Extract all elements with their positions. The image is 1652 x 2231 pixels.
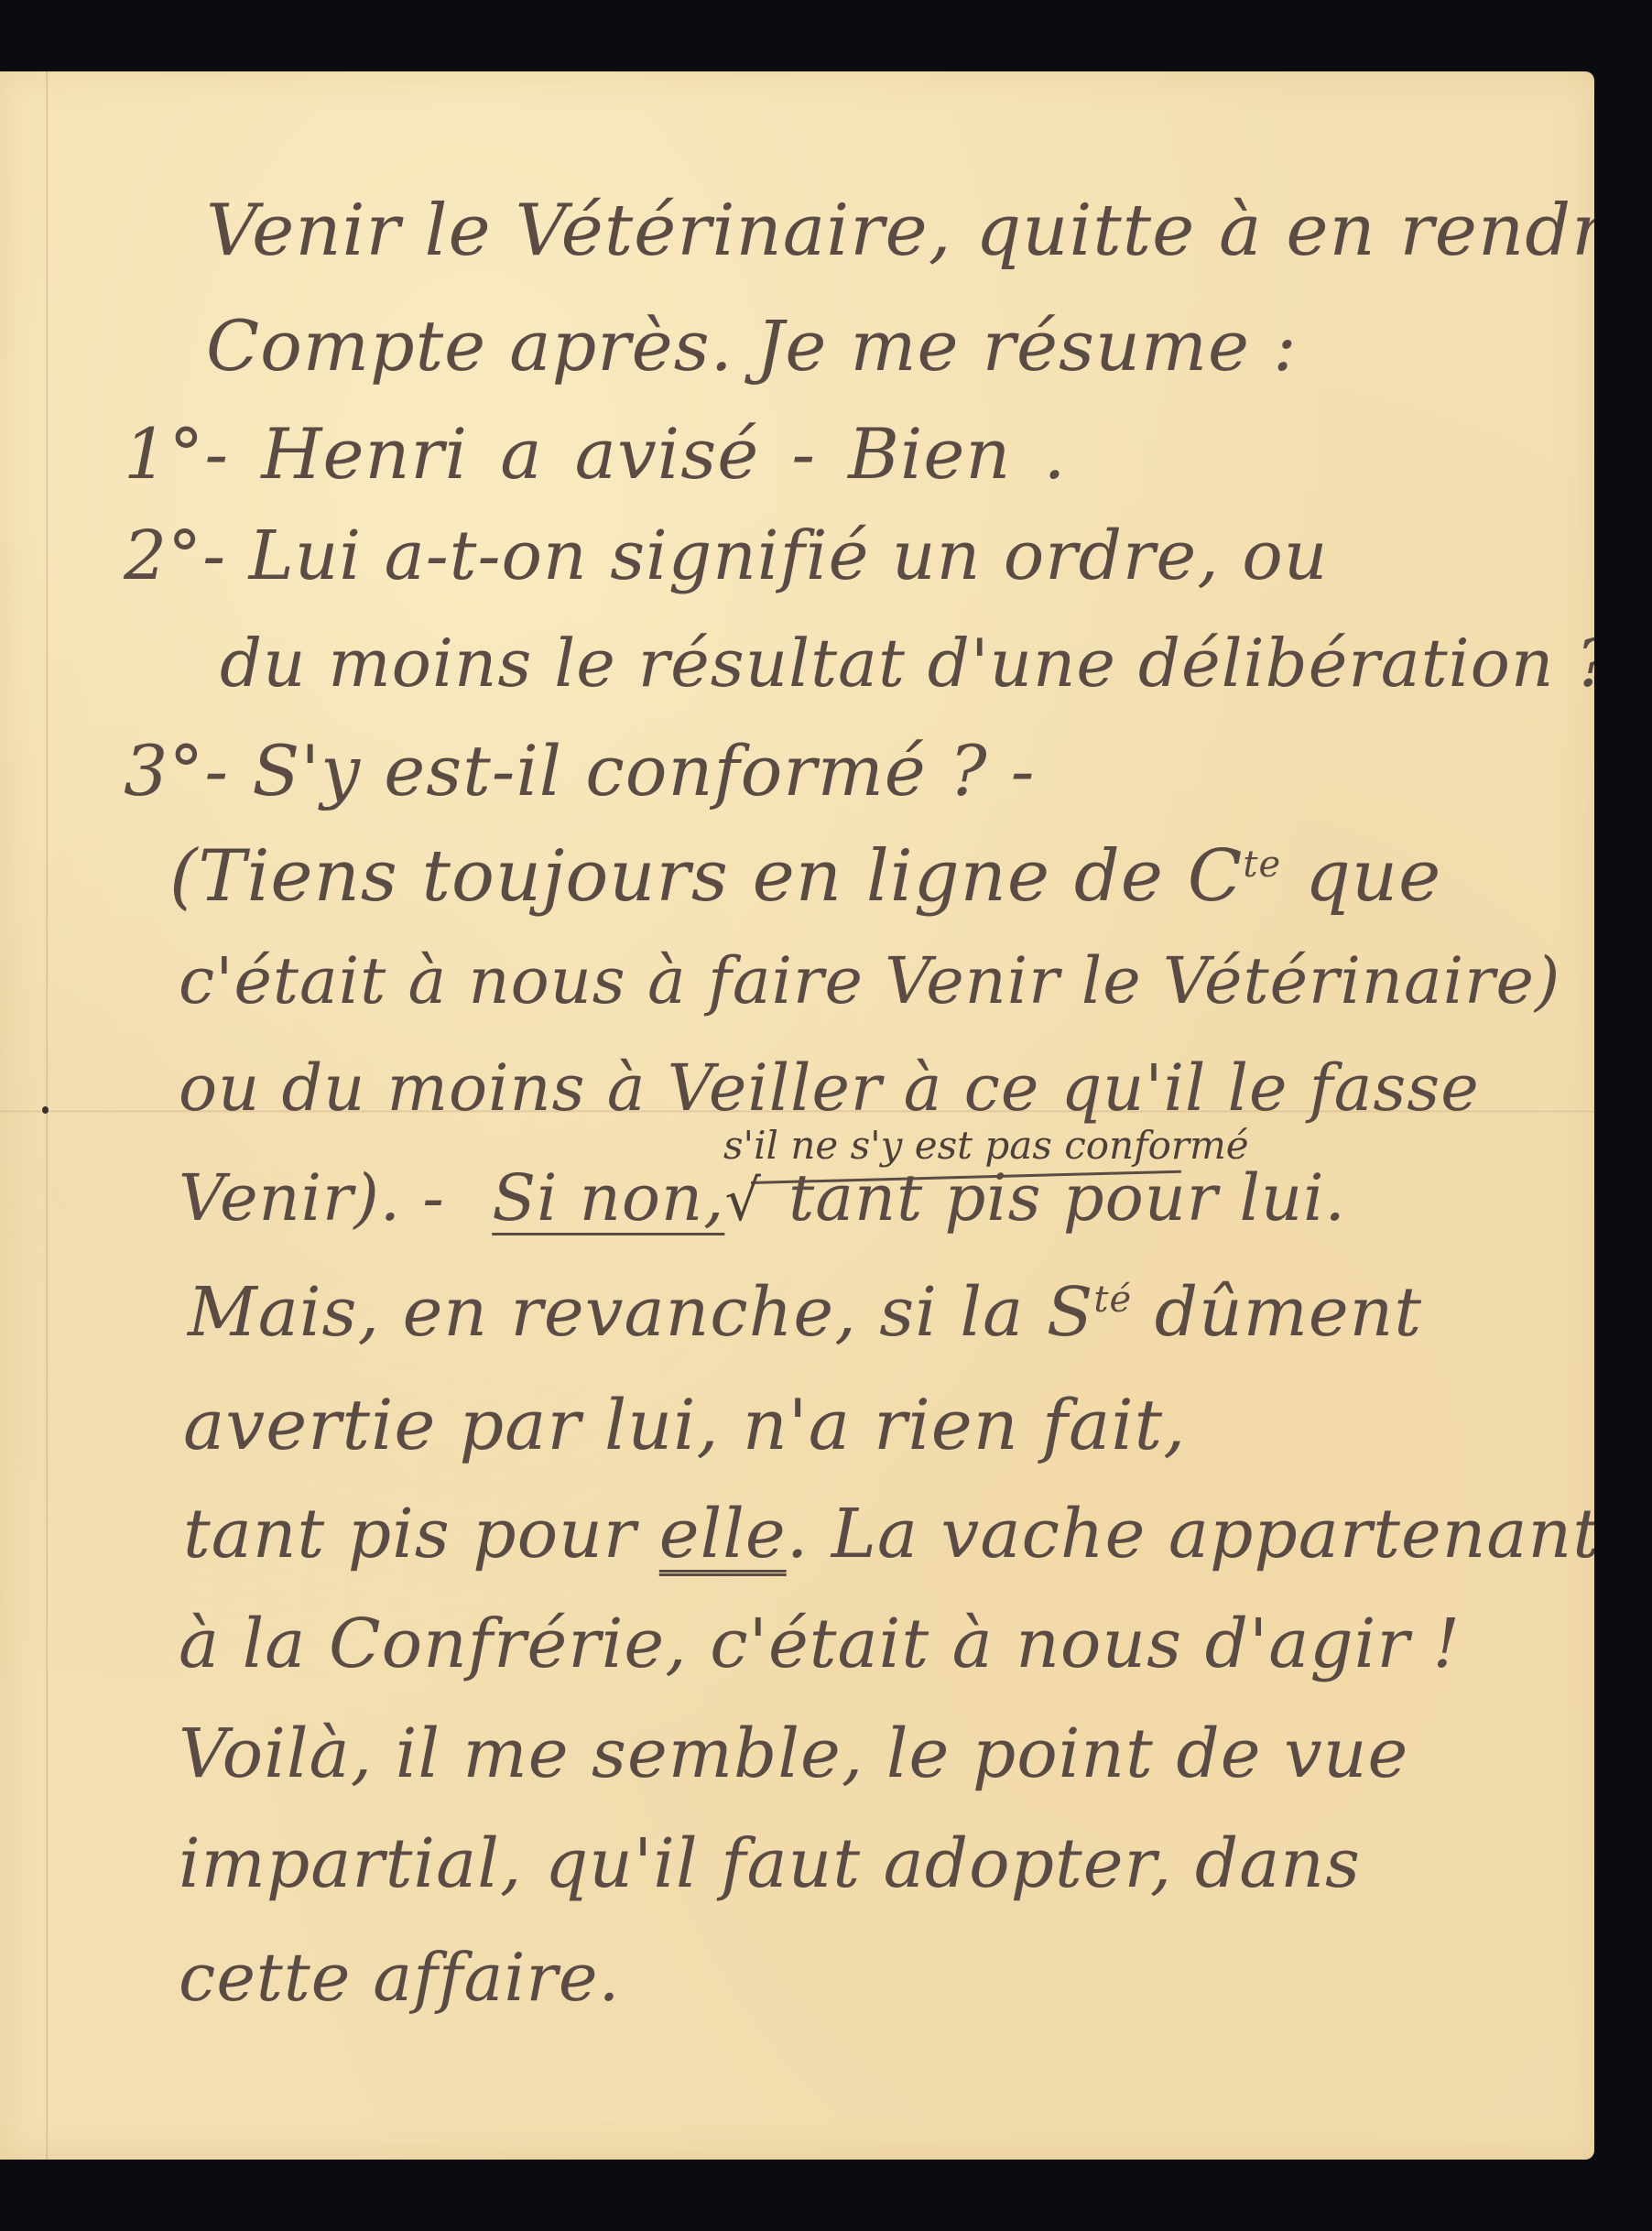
abbreviation-superscript: te xyxy=(1243,843,1281,886)
insertion-caret-mark: √ xyxy=(724,1167,762,1234)
paper-sheet: Venir le Vétérinaire, quitte à en rendre… xyxy=(0,71,1594,2160)
line-13-end: . La vache appartenant xyxy=(787,1495,1594,1573)
handwritten-line-6-item-3: 3°- S'y est-il conformé ? - xyxy=(124,736,1035,806)
handwritten-line-3-item-1: 1°- Henri a avisé - Bien . xyxy=(124,419,1067,489)
line-13-start: tant pis pour xyxy=(183,1495,636,1573)
scanned-letter-page: Venir le Vétérinaire, quitte à en rendre… xyxy=(0,0,1652,2231)
double-underlined-elle: elle xyxy=(659,1495,787,1573)
handwritten-line-16: impartial, qu'il faut adopter, dans xyxy=(179,1830,1361,1898)
handwritten-line-8: c'était à nous à faire Venir le Vétérina… xyxy=(179,949,1560,1013)
handwritten-line-13: tant pis pour elle. La vache appartenant xyxy=(183,1500,1594,1568)
handwritten-line-12: avertie par lui, n'a rien fait, xyxy=(183,1390,1186,1460)
line-7-text-end: que xyxy=(1281,835,1441,918)
line-10-end: tant pis pour lui. xyxy=(788,1160,1346,1235)
handwritten-line-2: Compte après. Je me résume : xyxy=(206,311,1298,381)
handwritten-line-9: ou du moins à Veiller à ce qu'il le fass… xyxy=(179,1056,1480,1120)
handwritten-line-7: (Tiens toujours en ligne de Cte que xyxy=(169,841,1441,912)
abbreviation-superscript-ste: té xyxy=(1093,1279,1132,1321)
line-11-text: Mais, en revanche, si la S xyxy=(188,1273,1093,1352)
line-10-start: Venir). - xyxy=(179,1160,445,1235)
handwritten-line-15: Voilà, il me semble, le point de vue xyxy=(179,1720,1408,1788)
underlined-si-non: Si non, xyxy=(492,1160,724,1235)
line-11-text-end: dûment xyxy=(1132,1273,1422,1352)
handwritten-line-11: Mais, en revanche, si la Sté dûment xyxy=(188,1279,1422,1346)
handwritten-line-14: à la Confrérie, c'était à nous d'agir ! xyxy=(179,1610,1461,1678)
pinhole-mark xyxy=(42,1106,49,1114)
handwritten-line-5: du moins le résultat d'une délibération … xyxy=(220,630,1594,696)
handwritten-line-4-item-2: 2°- Lui a-t-on signifié un ordre, ou xyxy=(124,522,1328,590)
line-7-text: (Tiens toujours en ligne de C xyxy=(169,835,1243,918)
handwritten-line-10: Venir). - Si non,√ tant pis pour lui. xyxy=(179,1166,1346,1230)
vertical-fold-line xyxy=(46,71,49,2160)
handwritten-line-1: Venir le Vétérinaire, quitte à en rendre xyxy=(206,195,1594,267)
handwritten-line-17: cette affaire. xyxy=(179,1944,620,2010)
